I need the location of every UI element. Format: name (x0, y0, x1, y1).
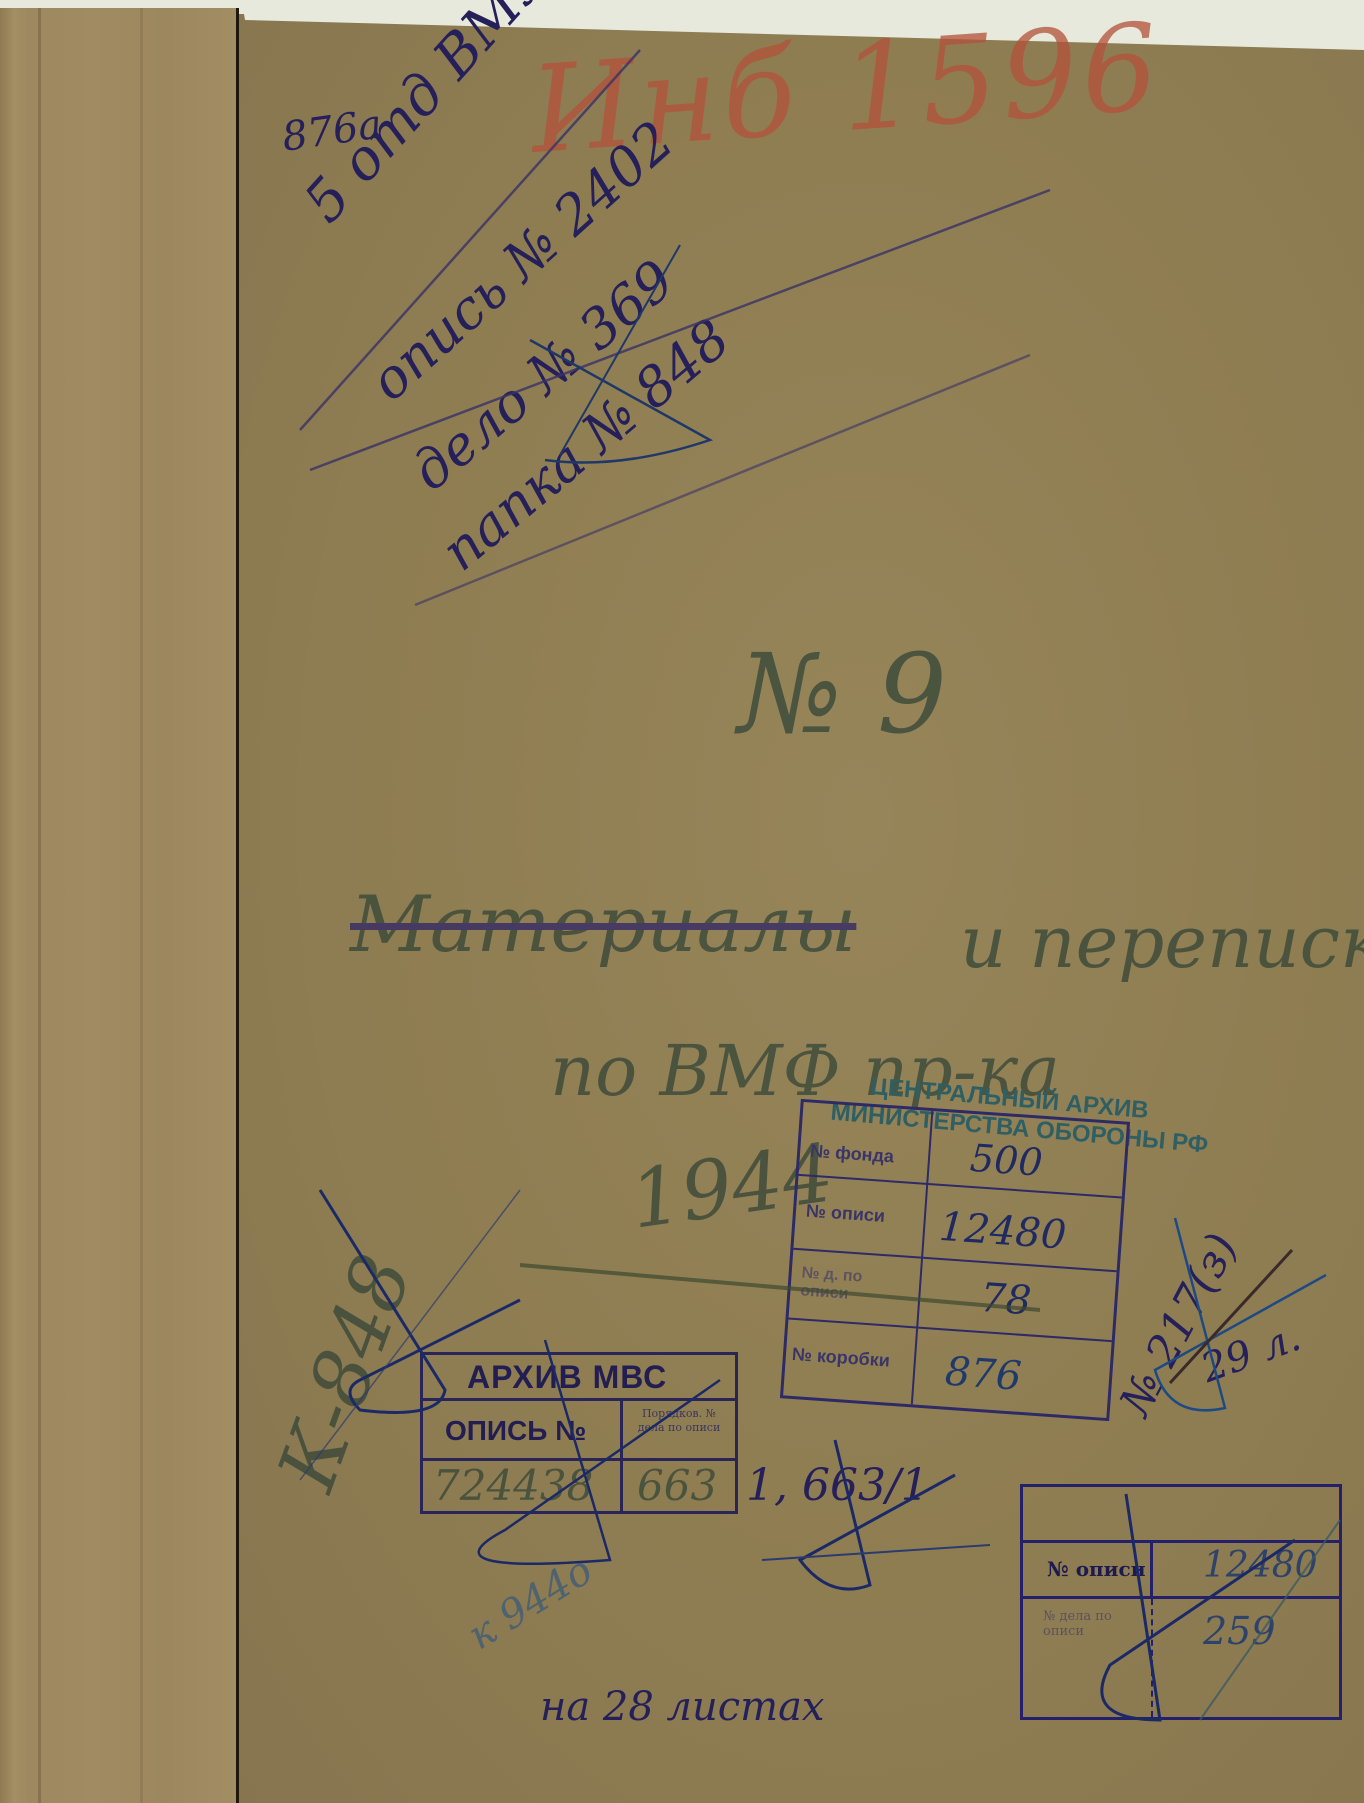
stamp-cell: 724438 (423, 1461, 623, 1511)
title-struck-word: Материалы (350, 880, 856, 970)
stamp-cell: ОПИСЬ № (423, 1401, 623, 1461)
stamp-cell: АРХИВ МВС (423, 1355, 735, 1401)
order-label: Порядков. № дела по описи (629, 1407, 729, 1435)
fond-label: № фонда (810, 1141, 895, 1168)
order-value: 663 (637, 1461, 717, 1510)
file-no-value: 259 (1203, 1609, 1276, 1653)
stamp-cell: Порядков. № дела по описи (623, 1401, 735, 1461)
box-value: 876 (944, 1349, 1023, 1400)
box-label: № коробки (791, 1344, 890, 1372)
file-number: № 9 (738, 630, 947, 758)
stamp-archive-mvs: АРХИВ МВС ОПИСЬ № Порядков. № дела по оп… (420, 1352, 738, 1514)
stamp-inventory: № описи 12480 № дела по описи 259 (1020, 1484, 1342, 1720)
stamp-cell: № д. по описи (788, 1250, 923, 1329)
flap-crease (140, 8, 143, 1803)
inline-number: 1, 663/1 (746, 1460, 929, 1511)
stamp-cell: 876 (913, 1329, 1112, 1418)
inventory-value: 12480 (938, 1204, 1068, 1259)
inventory-value: 724438 (433, 1461, 593, 1510)
stamp-cell (1023, 1487, 1339, 1543)
inventory-value: 12480 (1203, 1545, 1318, 1586)
file-no-value: 78 (979, 1275, 1033, 1324)
stamp-cell: № фонда (798, 1102, 933, 1185)
file-no-label: № д. по описи (800, 1264, 912, 1308)
stamp-cell: 12480 (923, 1185, 1122, 1272)
archive-mvs-title: АРХИВ МВС (467, 1359, 667, 1396)
inventory-label: ОПИСЬ № (445, 1415, 586, 1447)
stamp-cell: 78 (918, 1259, 1116, 1342)
file-no-label: № дела по описи (1043, 1609, 1143, 1639)
fond-value: 500 (969, 1136, 1044, 1185)
flap-crease (38, 8, 41, 1803)
stamp-central-archive: № фонда 500 № описи 12480 № д. по описи … (780, 1099, 1130, 1421)
stamp-cell: 259 (1153, 1599, 1339, 1717)
inventory-label: № описи (805, 1201, 885, 1227)
stamp-cell: 500 (928, 1111, 1127, 1198)
inventory-label: № описи (1047, 1557, 1146, 1581)
folder-flap (0, 8, 238, 1803)
stamp-cell: 12480 (1153, 1543, 1339, 1599)
sheet-count-note: на 28 листах (540, 1684, 825, 1730)
flap-edge (236, 8, 239, 1803)
stamp-cell: № дела по описи (1023, 1599, 1153, 1717)
title-line-1-rest: и переписка (960, 900, 1364, 984)
stamp-cell: № коробки (783, 1320, 918, 1405)
stamp-cell: 663 (623, 1461, 735, 1511)
stamp-cell: № описи (793, 1176, 928, 1259)
stamp-cell: № описи (1023, 1543, 1153, 1599)
